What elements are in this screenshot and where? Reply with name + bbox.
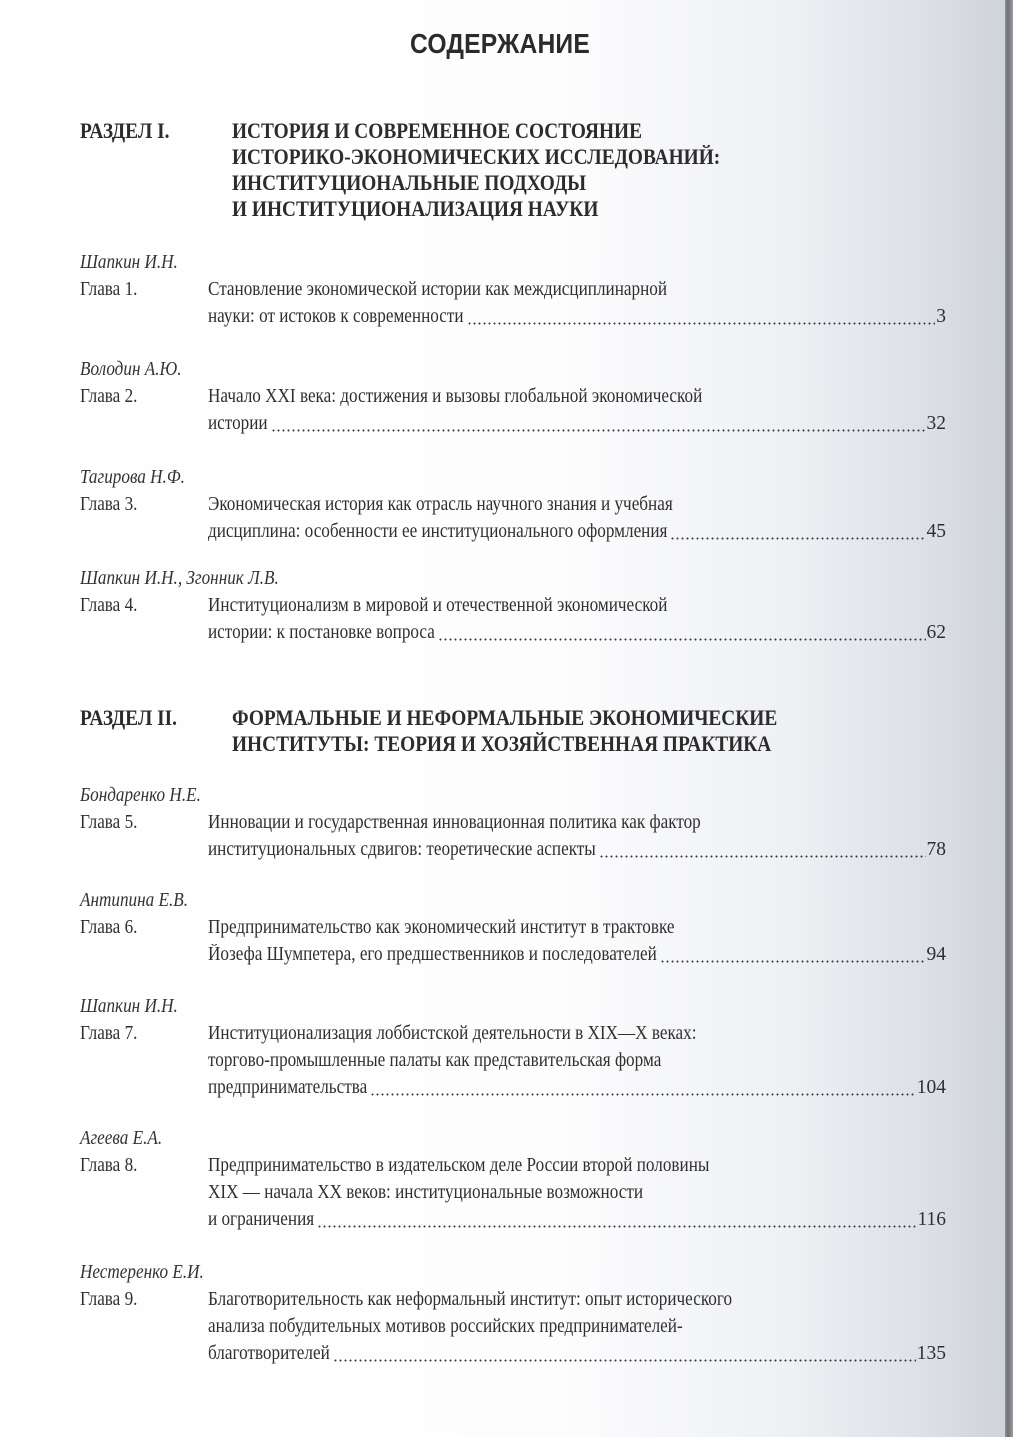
chapter-title-text: истории: к постановке вопроса <box>208 619 435 646</box>
heading-line: ИНСТИТУТЫ: ТЕОРИЯ И ХОЗЯЙСТВЕННАЯ ПРАКТИ… <box>232 731 886 757</box>
page-title: СОДЕРЖАНИЕ <box>60 28 940 60</box>
page-number[interactable]: 78 <box>927 836 947 863</box>
toc-entry[interactable]: Шапкин И.Н., Згонник Л.В. Глава 4. Инсти… <box>80 567 960 592</box>
dot-leaders <box>467 322 936 325</box>
toc-entry[interactable]: Володин А.Ю. Глава 2. Начало XXI века: д… <box>80 358 960 383</box>
chapter-title-last-line: истории: к постановке вопроса 62 <box>208 619 946 646</box>
chapter-title-line: Институционализм в мировой и отечественн… <box>208 592 857 619</box>
page-number[interactable]: 45 <box>927 518 947 545</box>
chapter-title-last-line: истории 32 <box>208 410 946 437</box>
toc-entry[interactable]: Антипина Е.В. Глава 6. Предпринимательст… <box>80 889 960 914</box>
chapter-title-line: Институционализация лоббистской деятельн… <box>208 1020 857 1047</box>
chapter-title-last-line: предпринимательства 104 <box>208 1074 946 1101</box>
chapter-title-last-line: институциональных сдвигов: теоретические… <box>208 836 946 863</box>
dot-leaders <box>438 638 926 641</box>
dot-leaders <box>670 537 925 540</box>
chapter-number: Глава 2. <box>80 383 137 411</box>
heading-line: И ИНСТИТУЦИОНАЛИЗАЦИЯ НАУКИ <box>232 196 886 222</box>
section-label: РАЗДЕЛ I. <box>80 118 169 144</box>
page-number[interactable]: 32 <box>927 410 947 437</box>
chapter-title-last-line: благотворителей 135 <box>208 1340 946 1367</box>
dot-leaders <box>317 1225 916 1228</box>
entry-author: Шапкин И.Н., Згонник Л.В. <box>80 567 854 591</box>
entry-author: Агеева Е.А. <box>80 1127 854 1151</box>
entry-author: Шапкин И.Н. <box>80 995 854 1019</box>
toc-entry[interactable]: Тагирова Н.Ф. Глава 3. Экономическая ист… <box>80 466 960 491</box>
chapter-number: Глава 8. <box>80 1152 137 1180</box>
chapter-title-line: Инновации и государственная инновационна… <box>208 809 857 836</box>
chapter-number: Глава 1. <box>80 276 137 304</box>
dot-leaders <box>660 960 926 963</box>
chapter-title-text: науки: от истоков к современности <box>208 303 464 330</box>
chapter-number: Глава 4. <box>80 592 137 620</box>
chapter-title-line: Становление экономической истории как ме… <box>208 276 857 303</box>
chapter-number: Глава 3. <box>80 491 137 519</box>
section-heading: ФОРМАЛЬНЫЕ И НЕФОРМАЛЬНЫЕ ЭКОНОМИЧЕСКИЕ … <box>232 705 886 757</box>
entry-author: Тагирова Н.Ф. <box>80 466 854 490</box>
page-number[interactable]: 94 <box>927 941 947 968</box>
chapter-title-line: Предпринимательство в издательском деле … <box>208 1152 857 1179</box>
dot-leaders <box>599 855 926 858</box>
entry-author: Бондаренко Н.Е. <box>80 784 854 808</box>
chapter-title-text: предпринимательства <box>208 1074 367 1101</box>
entry-author: Володин А.Ю. <box>80 358 854 382</box>
chapter-title-text: институциональных сдвигов: теоретические… <box>208 836 596 863</box>
dot-leaders <box>333 1359 916 1362</box>
chapter-number: Глава 7. <box>80 1020 137 1048</box>
toc-entry[interactable]: Бондаренко Н.Е. Глава 5. Инновации и гос… <box>80 784 960 809</box>
chapter-title-line: Экономическая история как отрасль научно… <box>208 491 857 518</box>
chapter-number: Глава 5. <box>80 809 137 837</box>
chapter-title-line: Начало XXI века: достижения и вызовы гло… <box>208 383 857 410</box>
toc-entry[interactable]: Шапкин И.Н. Глава 7. Институционализация… <box>80 995 960 1020</box>
page-number[interactable]: 135 <box>917 1340 946 1367</box>
section-heading: ИСТОРИЯ И СОВРЕМЕННОЕ СОСТОЯНИЕ ИСТОРИКО… <box>232 118 886 222</box>
chapter-title-line: Благотворительность как неформальный инс… <box>208 1286 857 1313</box>
chapter-title-text: благотворителей <box>208 1340 330 1367</box>
heading-line: ИСТОРИКО-ЭКОНОМИЧЕСКИХ ИССЛЕДОВАНИЙ: <box>232 144 886 170</box>
chapter-title-last-line: Йозефа Шумпетера, его предшественников и… <box>208 941 946 968</box>
chapter-title-line: XIX — начала XX веков: институциональные… <box>208 1179 857 1206</box>
chapter-title-text: Йозефа Шумпетера, его предшественников и… <box>208 941 657 968</box>
chapter-title-last-line: дисциплина: особенности ее институционал… <box>208 518 946 545</box>
section-label: РАЗДЕЛ II. <box>80 705 177 731</box>
dot-leaders <box>370 1093 916 1096</box>
chapter-title-text: дисциплина: особенности ее институционал… <box>208 518 667 545</box>
page-number[interactable]: 104 <box>917 1074 946 1101</box>
chapter-title-last-line: и ограничения 116 <box>208 1206 946 1233</box>
page-number[interactable]: 62 <box>927 619 947 646</box>
page-number[interactable]: 3 <box>936 303 946 330</box>
chapter-title-text: и ограничения <box>208 1206 314 1233</box>
chapter-title-last-line: науки: от истоков к современности 3 <box>208 303 946 330</box>
dot-leaders <box>271 429 926 432</box>
heading-line: ИСТОРИЯ И СОВРЕМЕННОЕ СОСТОЯНИЕ <box>232 118 886 144</box>
toc-entry[interactable]: Нестеренко Е.И. Глава 9. Благотворительн… <box>80 1261 960 1286</box>
heading-line: ФОРМАЛЬНЫЕ И НЕФОРМАЛЬНЫЕ ЭКОНОМИЧЕСКИЕ <box>232 705 886 731</box>
page-edge <box>1005 0 1013 1437</box>
toc-entry[interactable]: Шапкин И.Н. Глава 1. Становление экономи… <box>80 251 960 276</box>
chapter-number: Глава 9. <box>80 1286 137 1314</box>
entry-author: Антипина Е.В. <box>80 889 854 913</box>
toc-entry[interactable]: Агеева Е.А. Глава 8. Предпринимательство… <box>80 1127 960 1152</box>
entry-author: Шапкин И.Н. <box>80 251 854 275</box>
heading-line: ИНСТИТУЦИОНАЛЬНЫЕ ПОДХОДЫ <box>232 170 886 196</box>
chapter-title-line: торгово-промышленные палаты как представ… <box>208 1047 857 1074</box>
page-number[interactable]: 116 <box>917 1206 946 1233</box>
chapter-number: Глава 6. <box>80 914 137 942</box>
chapter-title-line: анализа побудительных мотивов российских… <box>208 1313 857 1340</box>
toc-page: СОДЕРЖАНИЕ РАЗДЕЛ I. ИСТОРИЯ И СОВРЕМЕНН… <box>0 0 1000 1437</box>
chapter-title-text: истории <box>208 410 268 437</box>
entry-author: Нестеренко Е.И. <box>80 1261 854 1285</box>
chapter-title-line: Предпринимательство как экономический ин… <box>208 914 857 941</box>
